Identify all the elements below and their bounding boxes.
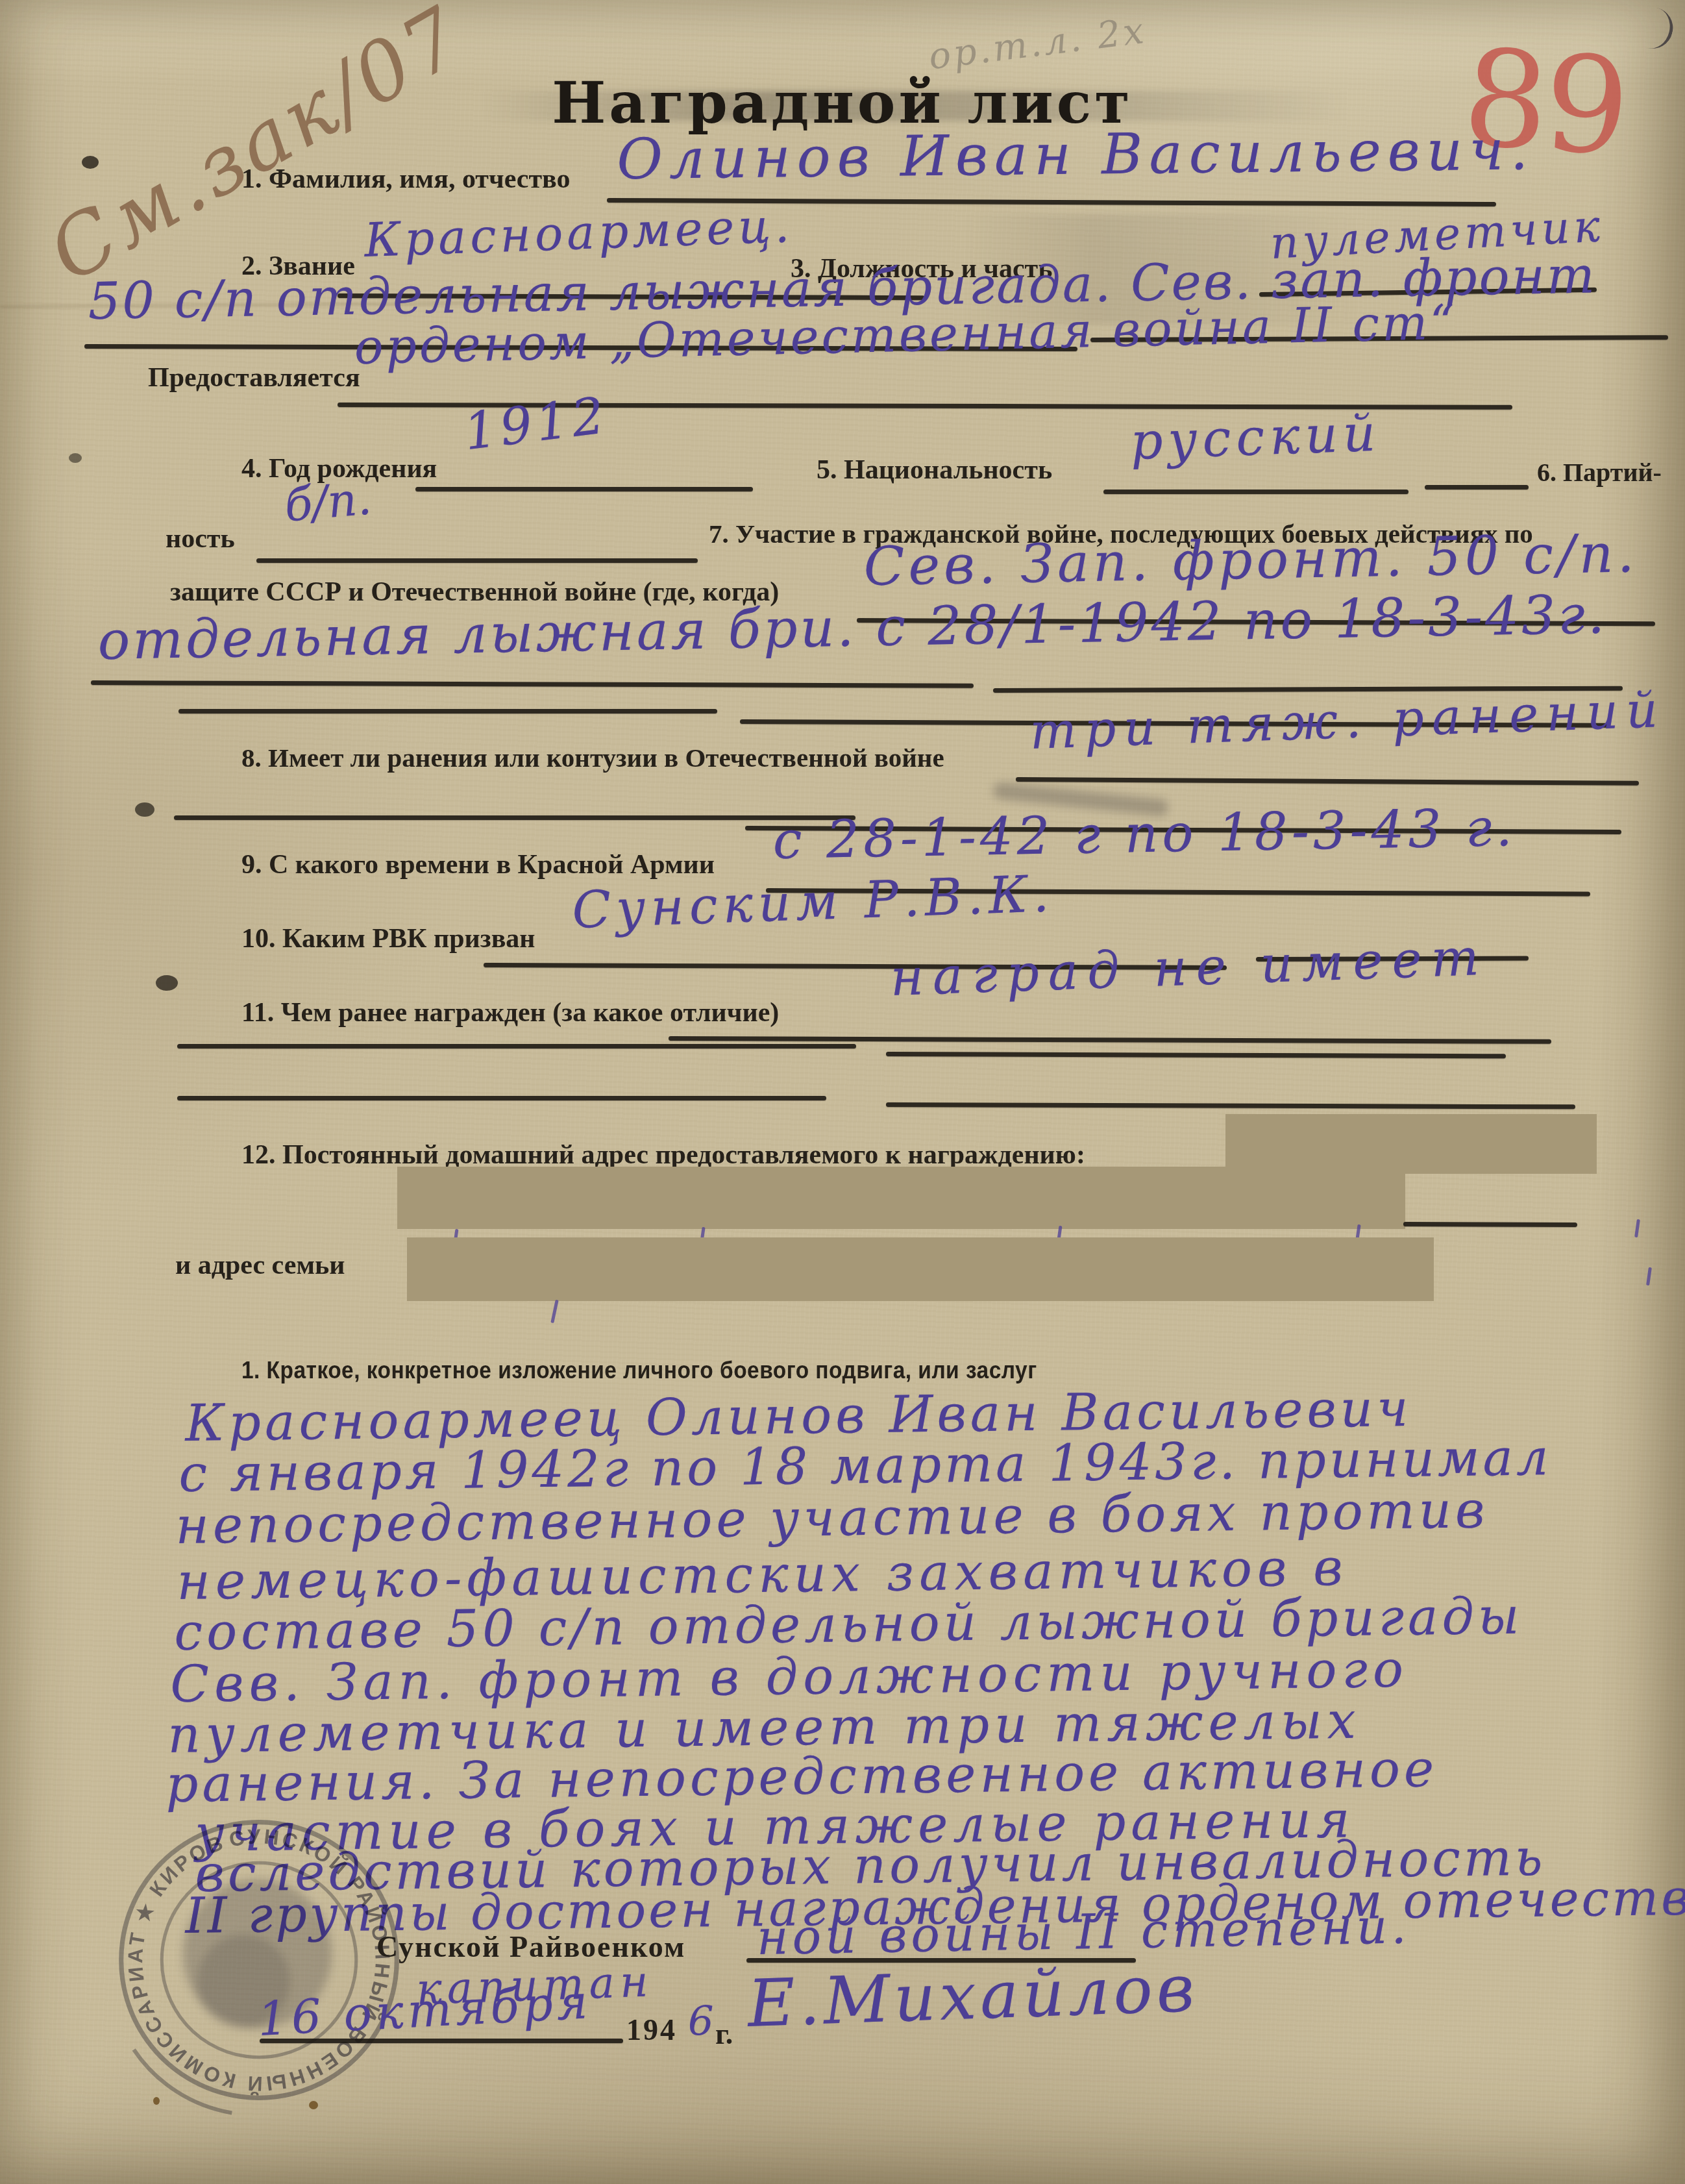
field-6-label-part2: ность xyxy=(166,523,235,554)
ink-tick xyxy=(1634,1219,1640,1237)
field-9-label: 9. С какого времени в Красной Армии xyxy=(241,849,715,880)
feat-section-header: 1. Краткое, конкретное изложение личного… xyxy=(241,1357,1037,1384)
field-8-rule xyxy=(1016,777,1639,786)
ink-tick xyxy=(550,1300,558,1323)
hole-punch xyxy=(156,975,178,991)
field-2-value: Красноармеец. xyxy=(363,198,794,267)
ruled-line xyxy=(886,1102,1575,1109)
field-5-value: русский xyxy=(1129,404,1382,471)
field-4-rule xyxy=(415,487,753,491)
hole-punch xyxy=(69,453,82,463)
ruled-line xyxy=(174,815,855,820)
field-7-rule2a xyxy=(91,680,974,688)
pencil-note: ор.т.л. 2х xyxy=(926,10,1148,79)
corner-pen-mark xyxy=(1643,6,1677,53)
ruled-line xyxy=(178,709,717,714)
hole-punch xyxy=(82,156,99,169)
redaction-box-family xyxy=(407,1237,1434,1301)
signature: Е.Михайлов xyxy=(746,1950,1199,2042)
field-10-label: 10. Каким РВК призван xyxy=(241,923,535,954)
field-1-value: Олинов Иван Васильевич. xyxy=(617,118,1535,192)
field-6-rule xyxy=(256,558,698,563)
field-4-value: 1912 xyxy=(461,386,611,462)
ink-tick xyxy=(1646,1267,1652,1285)
ruled-line xyxy=(177,1044,856,1049)
field-9-value: с 28-1-42 г по 18-3-43 г. xyxy=(772,797,1516,871)
date-suffix: г. xyxy=(715,2016,733,2051)
field-1-label: 1. Фамилия, имя, отчество xyxy=(241,164,570,195)
field-5-label: 5. Национальность xyxy=(817,454,1052,486)
field-6-value: б/п. xyxy=(282,471,373,532)
family-address-label: и адрес семьи xyxy=(175,1250,345,1281)
field-11-rule xyxy=(669,1036,1551,1044)
ruled-line xyxy=(886,1052,1506,1058)
present-label: Предоставляется xyxy=(148,362,360,393)
hole-punch xyxy=(135,802,154,817)
date-year-printed: 194 xyxy=(626,2013,677,2047)
field-8-label: 8. Имеет ли ранения или контузии в Отече… xyxy=(241,742,944,773)
field-11-label: 11. Чем ранее награжден (за какое отличи… xyxy=(241,997,779,1028)
field-6-label-part1: 6. Партий- xyxy=(1537,457,1662,488)
redaction-box-address-2 xyxy=(397,1167,1405,1229)
date-year-hand: 6 xyxy=(688,1997,713,2044)
field-5-rule-b xyxy=(1425,485,1529,490)
address-short-rule xyxy=(1403,1222,1577,1227)
date-rule xyxy=(260,2039,623,2043)
ruled-line xyxy=(177,1096,826,1100)
field-5-rule xyxy=(1103,490,1408,494)
field-12-label: 12. Постоянный домашний адрес предоставл… xyxy=(241,1139,1085,1171)
award-sheet-scan: См.зак/07 ор.т.л. 2х 89 Наградной лист 1… xyxy=(0,0,1685,2184)
field-11-value: наград не имеет xyxy=(889,928,1489,1008)
redaction-box-address-1 xyxy=(1225,1114,1597,1174)
